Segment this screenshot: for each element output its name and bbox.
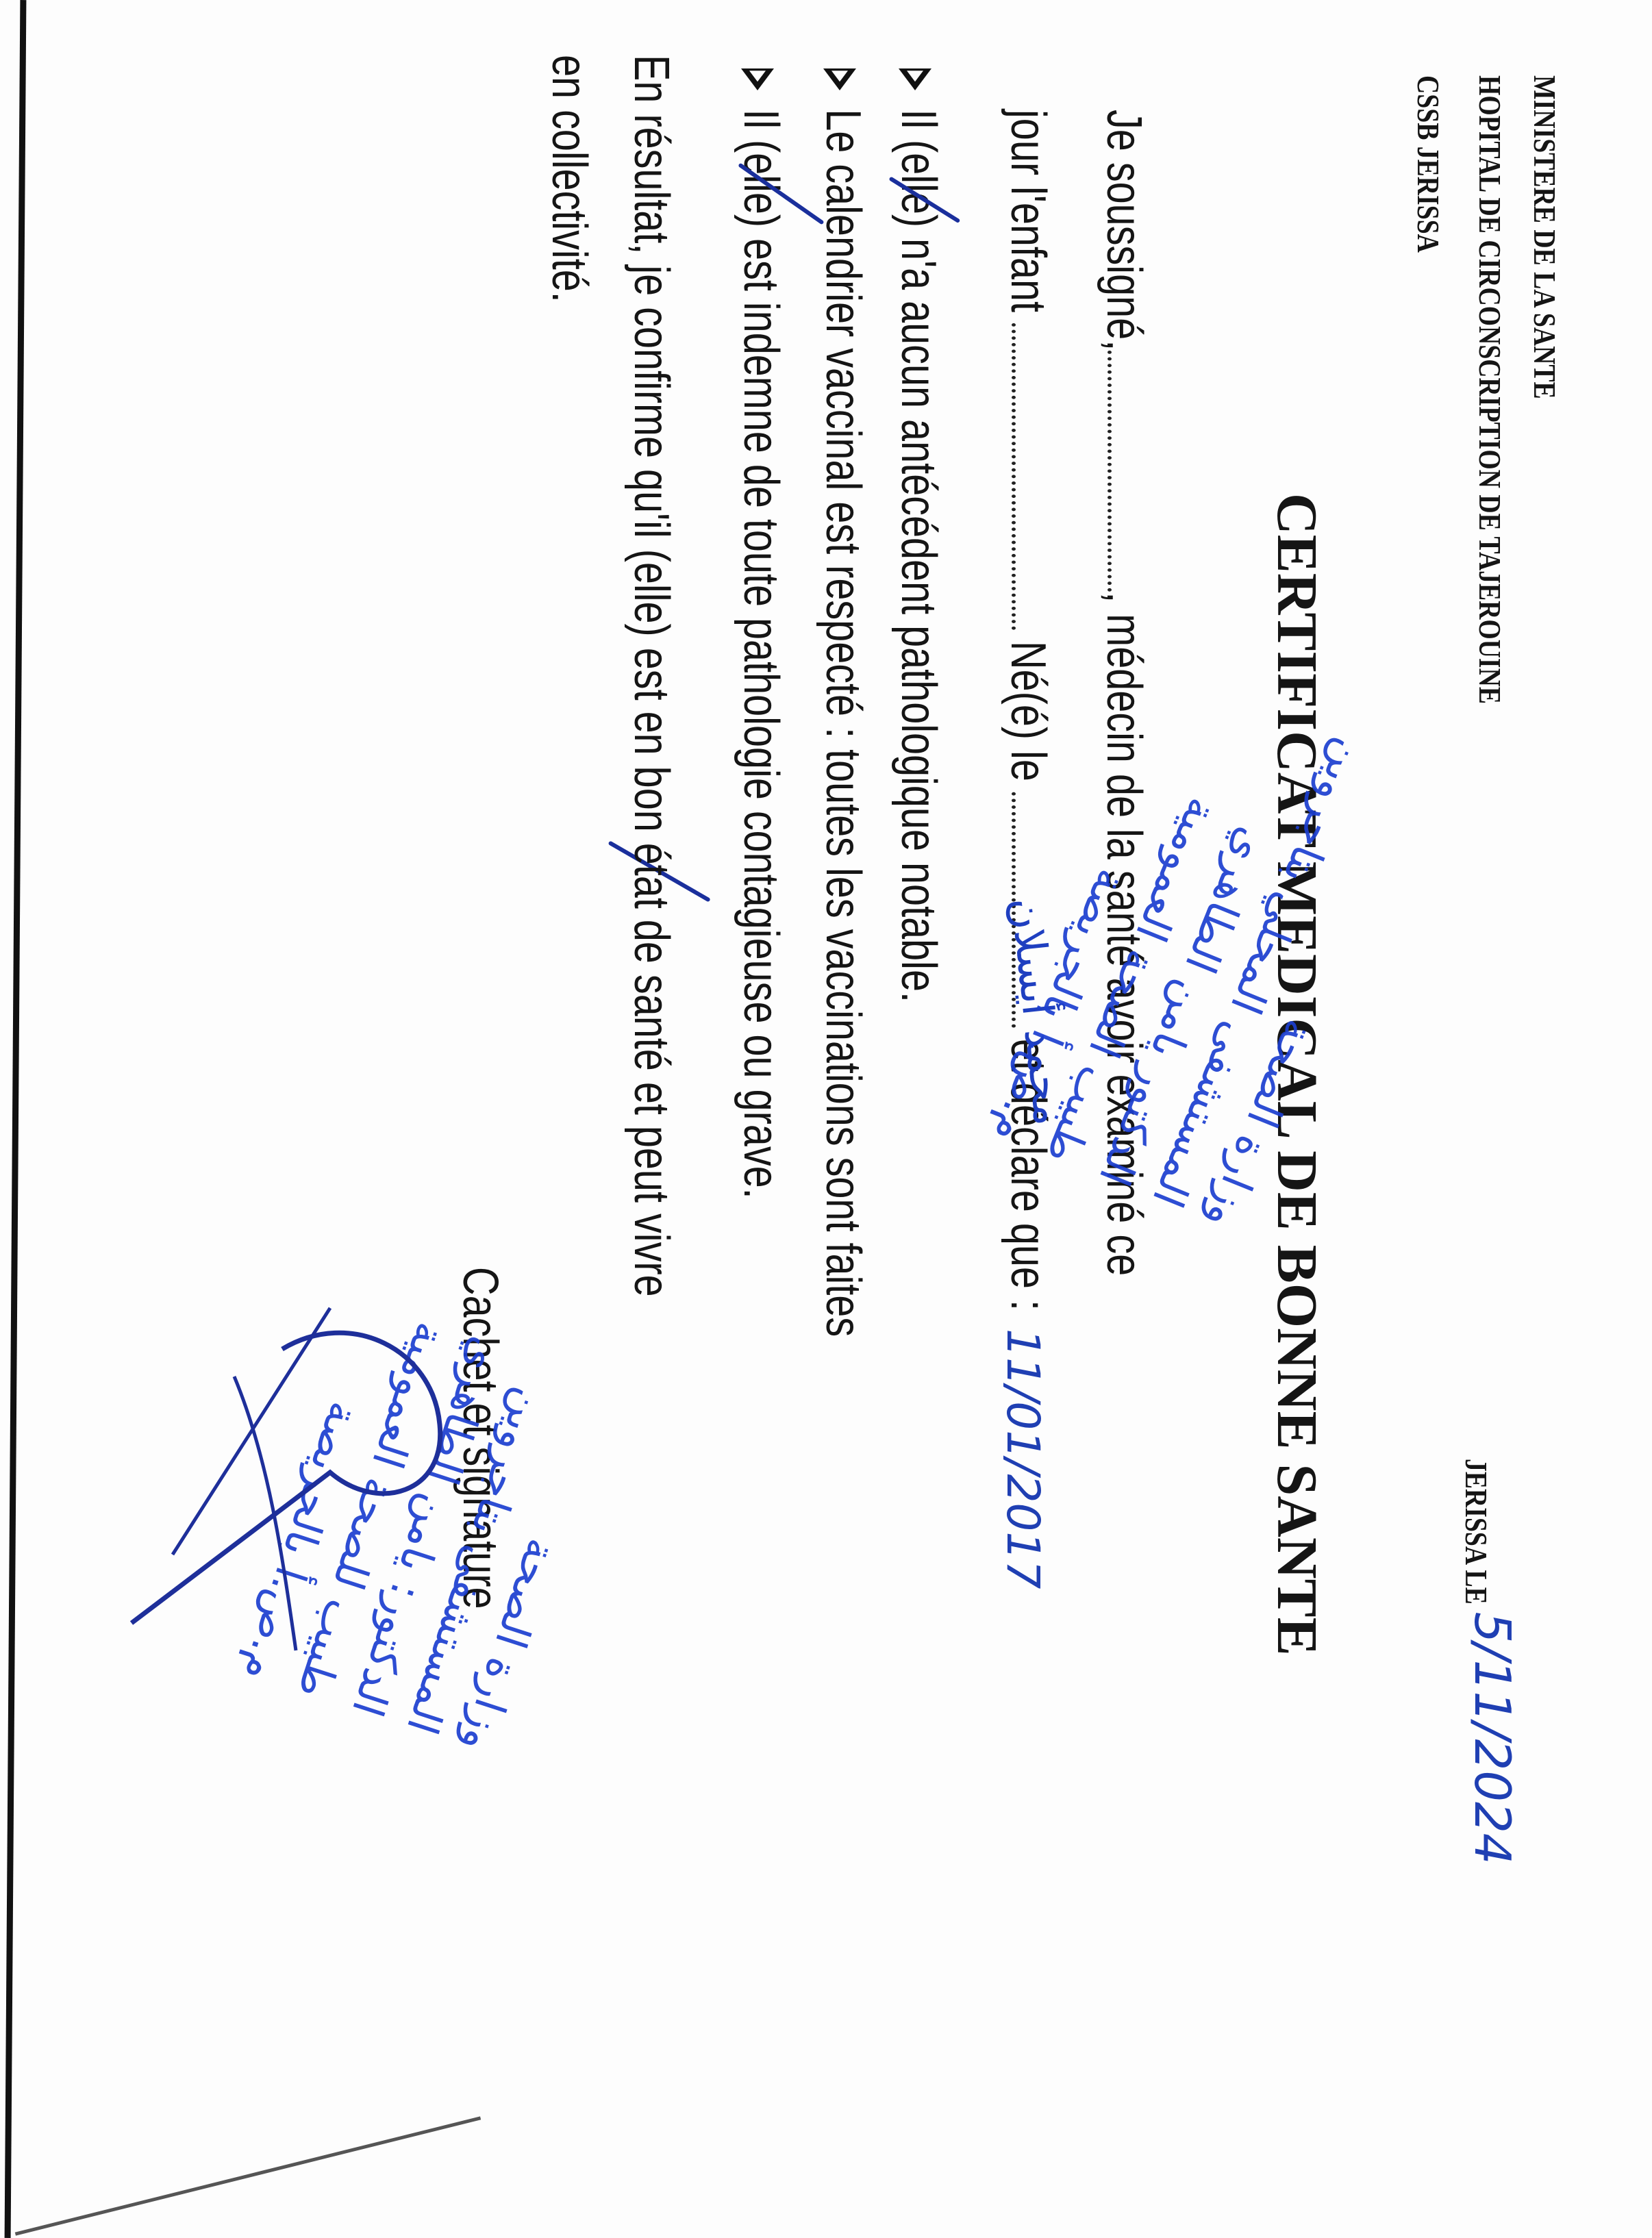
arrow-bullet-icon <box>823 68 856 90</box>
handwritten-signature <box>111 1267 556 1746</box>
issue-date: 5/11/2024 <box>1464 1612 1521 1865</box>
page-edge-line <box>5 0 27 2238</box>
conclusion-line-1: En résultat, je confirme qu'il (elle) es… <box>623 55 679 1297</box>
child-name-blank <box>1012 323 1023 630</box>
place-date: JERISSA LE 5/11/2024 <box>1454 1459 1512 1865</box>
line1-start: Je soussigné, <box>1097 110 1151 351</box>
bullet-text: Il (elle) est indemne de toute pathologi… <box>734 109 788 1198</box>
doctor-name-blank <box>1107 351 1118 592</box>
center-header: CSSB JERISSA <box>1410 75 1447 253</box>
line2-start: jour l'enfant <box>1001 110 1055 312</box>
ministry-header: MINISTERE DE LA SANTE <box>1527 75 1563 399</box>
place-date-label: JERISSA LE <box>1458 1459 1494 1605</box>
bullet-text: Il (elle) n'a aucun antécédent pathologi… <box>891 109 946 1003</box>
birth-date: 11/01/2017 <box>997 1329 1049 1589</box>
certificate-page: MINISTERE DE LA SANTE HOPITAL DE CIRCONS… <box>0 0 1652 2238</box>
arrow-bullet-icon <box>899 68 931 90</box>
born-label: Né(é) le <box>1001 641 1055 781</box>
bullet-text: Le calendrier vaccinal est respecté : to… <box>816 109 871 1337</box>
page-edge-line <box>15 2116 481 2235</box>
conclusion-line-2: en collectivité. <box>541 55 597 303</box>
bullet-item-3: Il (elle) est indemne de toute pathologi… <box>733 68 789 1199</box>
hospital-header: HOPITAL DE CIRCONSCRIPTION DE TAJEROUINE <box>1472 75 1508 704</box>
arrow-bullet-icon <box>741 68 774 90</box>
bullet-item-2: Le calendrier vaccinal est respecté : to… <box>815 68 871 1337</box>
